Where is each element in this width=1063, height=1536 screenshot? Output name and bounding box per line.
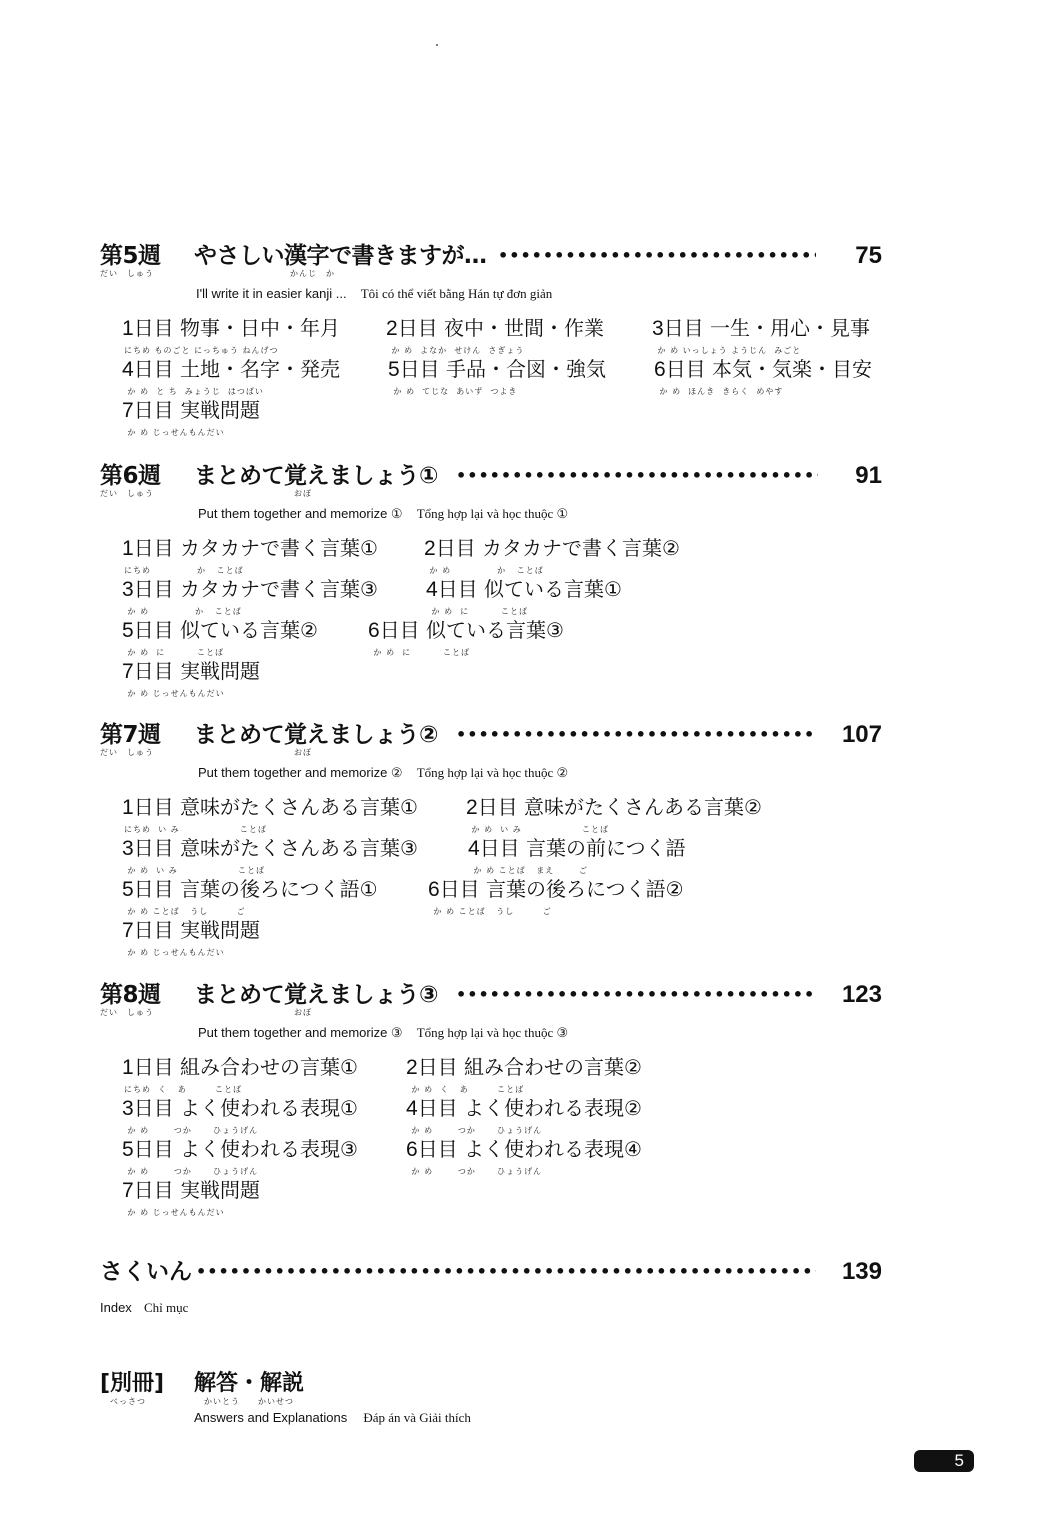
day-item[interactable]: 6日目 本気・気楽・目安 か め ほんき きらく めやす — [654, 357, 872, 382]
week-subtitle: Put them together and memorize ③ Tổng hợ… — [198, 1025, 568, 1041]
day-item[interactable]: 4日目 似ている言葉① か め に ことば — [426, 577, 622, 602]
answers-title-ruby: かいとう かいせつ — [204, 1396, 294, 1407]
leader-dots: ••••••••••••••••••••••••••••••••••••••••… — [456, 981, 812, 1009]
subtitle-english: Index — [100, 1300, 132, 1315]
week-label: 第8週 — [100, 981, 161, 1009]
day-item[interactable]: 2日目 組み合わせの言葉② か め く あ ことば — [406, 1055, 642, 1080]
week-title-ruby: おぼ — [294, 1007, 312, 1018]
subtitle-vietnamese: Tổng hợp lại và học thuộc ② — [417, 765, 568, 780]
separate-volume-label: [別冊] — [100, 1370, 164, 1398]
week-label: 第5週 — [100, 242, 161, 270]
week-title-ruby: かんじ か — [290, 268, 335, 279]
subtitle-vietnamese: Tổng hợp lại và học thuộc ③ — [417, 1025, 568, 1040]
toc-page: 第5週 だい しゅう やさしい漢字で書きますが… かんじ か •••••••••… — [0, 0, 1063, 1536]
week-title: やさしい漢字で書きますが… — [194, 242, 487, 270]
subtitle-english: Put them together and memorize ③ — [198, 1025, 403, 1040]
week-title: まとめて覚えましょう② — [194, 721, 438, 749]
page-number[interactable]: 75 — [855, 242, 882, 270]
day-item[interactable]: 6日目 言葉の後ろにつく語② か め ことば うし ご — [428, 877, 684, 902]
day-item[interactable]: 1日目 組み合わせの言葉①にちめ く あ ことば — [122, 1055, 358, 1080]
day-item[interactable]: 4日目 言葉の前につく語 か め ことば まえ ご — [468, 836, 686, 861]
day-item[interactable]: 7日目 実戦問題 か め じっせんもんだい — [122, 1178, 260, 1203]
week-label: 第6週 — [100, 462, 161, 490]
week-subtitle: Put them together and memorize ① Tổng hợ… — [198, 506, 568, 522]
subtitle-english: Put them together and memorize ② — [198, 765, 403, 780]
day-item[interactable]: 3日目 一生・用心・見事 か め いっしょう ようじん みごと — [652, 316, 870, 341]
toc-separate-volume: [別冊] べっさつ 解答・解説 かいとう かいせつ Answers and Ex… — [100, 1370, 700, 1430]
day-item[interactable]: 7日目 実戦問題 か め じっせんもんだい — [122, 659, 260, 684]
week-subtitle: Put them together and memorize ② Tổng hợ… — [198, 765, 568, 781]
toc-index: さくいん •••••••••••••••••••••••••••••••••••… — [100, 1258, 890, 1318]
separate-volume-ruby: べっさつ — [110, 1396, 146, 1407]
day-item[interactable]: 1日目 カタカナで書く言葉①にちめ か ことば — [122, 536, 378, 561]
toc-week-8: 第8週 だい しゅう まとめて覚えましょう③ おぼ ••••••••••••••… — [100, 981, 890, 1015]
day-item[interactable]: 5日目 似ている言葉② か め に ことば — [122, 618, 318, 643]
page-number[interactable]: 139 — [842, 1258, 882, 1286]
week-subtitle: I'll write it in easier kanji ... Tôi có… — [196, 286, 552, 302]
week-label: 第7週 — [100, 721, 161, 749]
index-subtitle: Index Chỉ mục — [100, 1300, 188, 1316]
day-item[interactable]: 3日目 よく使われる表現① か め つか ひょうげん — [122, 1096, 358, 1121]
toc-week-7: 第7週 だい しゅう まとめて覚えましょう② おぼ ••••••••••••••… — [100, 721, 890, 755]
day-item[interactable]: 2日目 意味がたくさんある言葉② か め い み ことば — [466, 795, 762, 820]
page-number[interactable]: 91 — [855, 462, 882, 490]
subtitle-english: Answers and Explanations — [194, 1410, 347, 1425]
day-item[interactable]: 6日目 よく使われる表現④ か め つか ひょうげん — [406, 1137, 642, 1162]
week-title-ruby: おぼ — [294, 747, 312, 758]
day-item[interactable]: 3日目 カタカナで書く言葉③ か め か ことば — [122, 577, 378, 602]
day-item[interactable]: 6日目 似ている言葉③ か め に ことば — [368, 618, 564, 643]
subtitle-vietnamese: Chỉ mục — [144, 1300, 188, 1315]
leader-dots: ••••••••••••••••••••••••••••••••••••••••… — [498, 242, 816, 270]
week-label-ruby: だい しゅう — [100, 747, 154, 758]
day-item[interactable]: 5日目 手品・合図・強気 か め てじな あいず つよき — [388, 357, 606, 382]
week-label-ruby: だい しゅう — [100, 488, 154, 499]
day-item[interactable]: 7日目 実戦問題 か め じっせんもんだい — [122, 918, 260, 943]
index-title: さくいん — [100, 1258, 192, 1286]
day-item[interactable]: 2日目 夜中・世間・作業 か め よなか せけん さぎょう — [386, 316, 604, 341]
week-title-ruby: おぼ — [294, 488, 312, 499]
page-number-badge: 5 — [914, 1450, 974, 1472]
day-item[interactable]: 4日目 よく使われる表現② か め つか ひょうげん — [406, 1096, 642, 1121]
leader-dots: ••••••••••••••••••••••••••••••••••••••••… — [196, 1258, 816, 1286]
week-label-ruby: だい しゅう — [100, 268, 154, 279]
subtitle-vietnamese: Đáp án và Giải thích — [363, 1410, 471, 1425]
subtitle-vietnamese: Tôi có thể viết bằng Hán tự đơn giản — [361, 286, 553, 301]
answers-subtitle: Answers and Explanations Đáp án và Giải … — [194, 1410, 471, 1426]
page-number[interactable]: 107 — [842, 721, 882, 749]
day-item[interactable]: 7日目 実戦問題 か め じっせんもんだい — [122, 398, 260, 423]
answers-title: 解答・解説 — [194, 1370, 304, 1398]
subtitle-english: Put them together and memorize ① — [198, 506, 403, 521]
day-item[interactable]: 5日目 よく使われる表現③ か め つか ひょうげん — [122, 1137, 358, 1162]
scan-speck — [436, 44, 438, 46]
day-item[interactable]: 5日目 言葉の後ろにつく語① か め ことば うし ご — [122, 877, 378, 902]
leader-dots: ••••••••••••••••••••••••••••••••••••••••… — [456, 721, 812, 749]
toc-week-6: 第6週 だい しゅう まとめて覚えましょう① おぼ ••••••••••••••… — [100, 462, 890, 496]
leader-dots: ••••••••••••••••••••••••••••••••••••••••… — [456, 462, 818, 490]
day-item[interactable]: 1日目 物事・日中・年月にちめ ものごと にっちゅう ねんげつ — [122, 316, 340, 341]
day-item[interactable]: 1日目 意味がたくさんある言葉①にちめ い み ことば — [122, 795, 418, 820]
week-label-ruby: だい しゅう — [100, 1007, 154, 1018]
week-title: まとめて覚えましょう③ — [194, 981, 438, 1009]
day-item[interactable]: 4日目 土地・名字・発売 か め と ち みょうじ はつばい — [122, 357, 340, 382]
week-title: まとめて覚えましょう① — [194, 462, 438, 490]
subtitle-english: I'll write it in easier kanji ... — [196, 286, 347, 301]
page-number[interactable]: 123 — [842, 981, 882, 1009]
subtitle-vietnamese: Tổng hợp lại và học thuộc ① — [417, 506, 568, 521]
page-number: 5 — [955, 1450, 964, 1472]
toc-week-5: 第5週 だい しゅう やさしい漢字で書きますが… かんじ か •••••••••… — [100, 242, 890, 276]
day-item[interactable]: 3日目 意味がたくさんある言葉③ か め い み ことば — [122, 836, 418, 861]
day-item[interactable]: 2日目 カタカナで書く言葉② か め か ことば — [424, 536, 680, 561]
